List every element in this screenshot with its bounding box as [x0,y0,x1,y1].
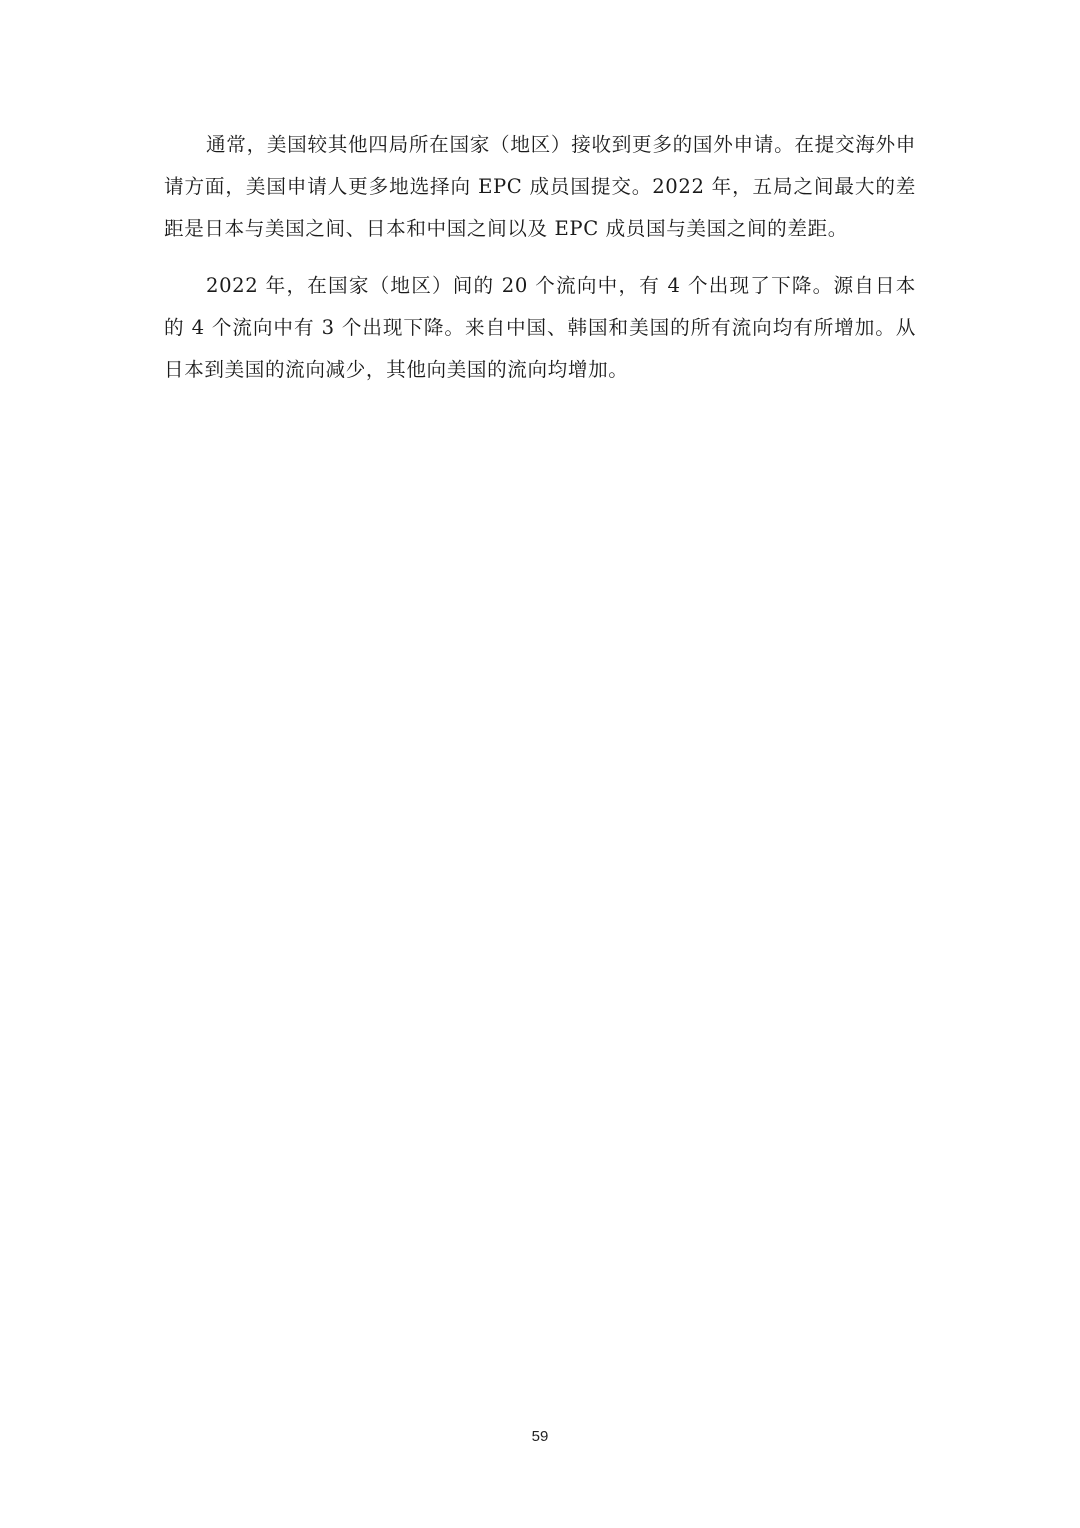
paragraph-2: 2022 年，在国家（地区）间的 20 个流向中，有 4 个出现了下降。源自日本… [164,265,916,391]
page-body: 通常，美国较其他四局所在国家（地区）接收到更多的国外申请。在提交海外申请方面，美… [164,124,916,391]
page-number: 59 [0,1428,1080,1445]
paragraph-1: 通常，美国较其他四局所在国家（地区）接收到更多的国外申请。在提交海外申请方面，美… [164,124,916,250]
